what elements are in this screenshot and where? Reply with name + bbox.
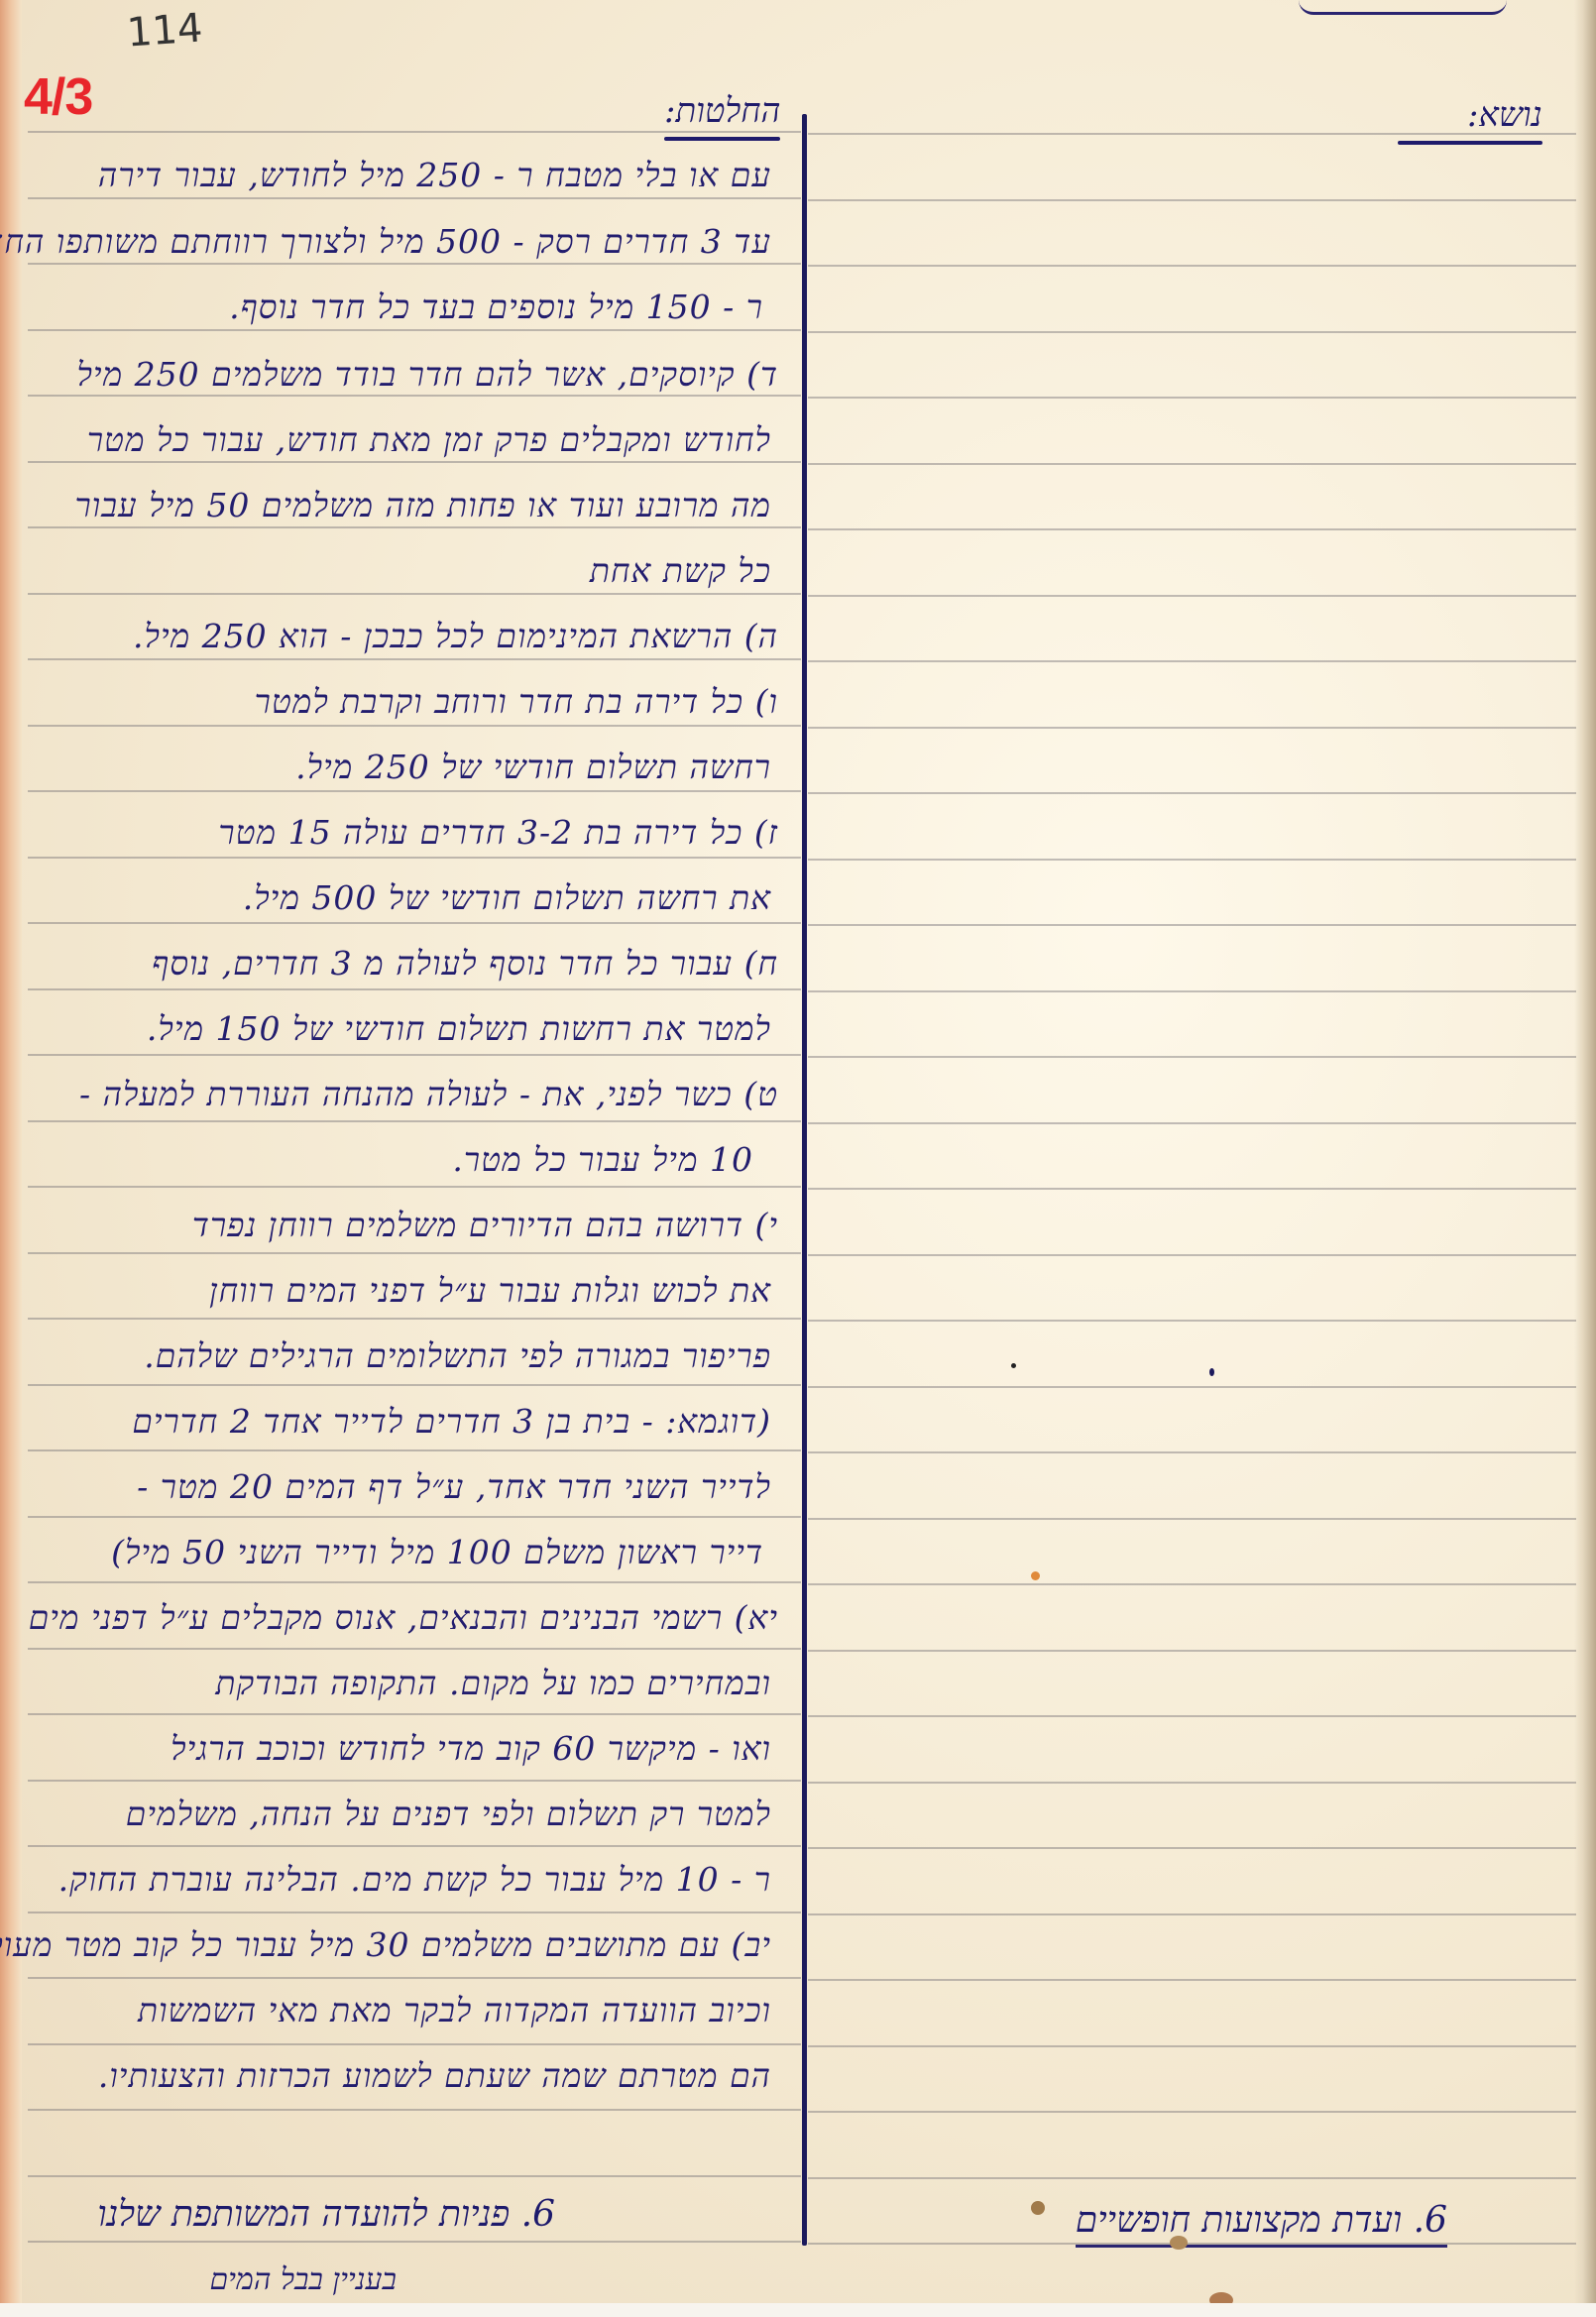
ruled-line [28, 1318, 801, 1320]
ruled-line [28, 1186, 801, 1188]
text-line: ו) כל דירה בת חדר ורוחב וקרבת למטר [255, 682, 778, 722]
ruled-line [808, 133, 1576, 135]
subject-heading-text: נושא: [1467, 95, 1542, 135]
ruled-line [808, 595, 1576, 597]
ruled-line [28, 2109, 801, 2111]
text-line: ואו - מיקשר 60 קוב מדי לחודש וכוכב הרגיל [171, 1729, 771, 1769]
decisions-heading-underline [664, 137, 780, 141]
ruled-line [28, 526, 801, 528]
text-line: יב) עם מתושבים משלמים 30 מיל עבור כל קוב… [0, 1925, 771, 1965]
stain [1031, 1571, 1040, 1580]
ruled-line [808, 463, 1576, 465]
ruled-line [28, 2043, 801, 2045]
ruled-line [28, 1648, 801, 1650]
ruled-line [28, 1054, 801, 1056]
stain [1170, 2236, 1188, 2250]
text-line: את רחשה תשלום חודשי של 500 מיל. [243, 878, 771, 918]
ruled-line [808, 1451, 1576, 1453]
ruled-line [808, 1715, 1576, 1717]
binding-edge [0, 0, 22, 2317]
ruled-line [28, 263, 801, 265]
ruled-line [28, 1713, 801, 1715]
ruled-line [28, 329, 801, 331]
text-line: פריפור במגורה לפי התשלומים הרגילים שלהם. [144, 1336, 771, 1376]
stain [1031, 2201, 1045, 2215]
ruled-line [28, 1252, 801, 1254]
ruled-line [28, 1516, 801, 1518]
text-line: ח) עבור כל חדר נוסף לעולה מ 3 חדרים, נוס… [152, 944, 778, 984]
archive-label: 4/3 [24, 67, 92, 127]
ruled-line [28, 395, 801, 397]
ruled-line [808, 331, 1576, 333]
column-divider [802, 114, 807, 2246]
ruled-line [808, 1386, 1576, 1388]
ruled-line [808, 199, 1576, 201]
text-line: ר - 150 מיל נוספים בעד כל חדר נוסף. [229, 288, 763, 327]
ruled-line [808, 2111, 1576, 2113]
ruled-line [808, 924, 1576, 926]
ruled-line [28, 1845, 801, 1847]
text-line: ה) הרשאת המינימום לכל כבכן - הוא 250 מיל… [133, 617, 778, 656]
ruled-line [808, 990, 1576, 992]
ruled-line [28, 988, 801, 990]
subject-section-6-heading: 6. ועדת מקצועות חופשיים [1076, 2199, 1447, 2248]
text-line: למטר את רחשות תשלום חודשי של 150 מיל. [147, 1009, 771, 1049]
ruled-line [808, 1583, 1576, 1585]
ruled-line [808, 265, 1576, 267]
text-line: עד 3 חדרים רסק - 500 מיל ולצורך רווחתם מ… [0, 222, 771, 262]
subject-heading: נושא: [1467, 95, 1542, 135]
ruled-line [808, 792, 1576, 794]
ruled-line [28, 1780, 801, 1782]
ruled-line [28, 461, 801, 463]
ruled-line [808, 1122, 1576, 1124]
ruled-line [808, 727, 1576, 729]
text-line: למטר רק תשלום ולפי דפנים על הנחה, משלמים [126, 1795, 771, 1834]
text-line: ז) כל דירה בת 3-2 חדרים עולה 15 מטר [218, 813, 778, 853]
ruled-line [28, 790, 801, 792]
ruled-line [808, 1782, 1576, 1784]
ruled-line [808, 1518, 1576, 1520]
ruled-line [28, 2175, 801, 2177]
text-line: ובמחירים כמו על מקום. התקופה הבודקת [215, 1664, 771, 1703]
ruled-line [28, 1449, 801, 1451]
text-line: הם מטרתם שמה שעתם לשמוע הכרזות והצעותיו. [98, 2056, 771, 2096]
ruled-line [808, 1847, 1576, 1849]
ruled-line [28, 1120, 801, 1122]
ruled-line [808, 528, 1576, 530]
ruled-line [28, 593, 801, 595]
ruled-line [28, 197, 801, 199]
ruled-line [808, 1650, 1576, 1652]
ruled-line [28, 857, 801, 859]
ledger-page: 114 4/3 נושא: החלטות: עם או בלי מטבח ר -… [0, 0, 1596, 2317]
text-line: את לכוש וגלות עבור ע״ל דפני המים רווחן [209, 1271, 771, 1311]
ink-speck [1011, 1363, 1016, 1368]
ruled-line [808, 397, 1576, 399]
decisions-heading-text: החלטות: [664, 91, 780, 131]
page-edge-shadow [1574, 0, 1596, 2317]
ruled-line [808, 1320, 1576, 1322]
ruled-line [28, 131, 801, 133]
ruled-line [808, 859, 1576, 861]
ruled-line [808, 1913, 1576, 1915]
text-line: ד) קיוסקים, אשר להם חדר בודד משלמים 250 … [77, 355, 779, 395]
text-line: (דוגמא: - בית בן 3 חדרים לדייר אחד 2 חדר… [132, 1402, 771, 1442]
ruled-line [808, 660, 1576, 662]
decisions-section-6-heading: 6. פניות להועדה המשותפת שלנו [97, 2193, 555, 2235]
text-line: רחשה תשלום חודשי של 250 מיל. [295, 748, 771, 787]
subject-heading-underline [1398, 141, 1542, 145]
ruled-line [808, 1188, 1576, 1190]
ruled-line [28, 725, 801, 727]
top-ink-mark [1299, 0, 1507, 15]
ruled-line [808, 2045, 1576, 2047]
ruled-line [28, 922, 801, 924]
text-line: ר - 10 מיל עבור כל קשת מים. הבלינה עוברת… [58, 1860, 771, 1900]
ruled-line [28, 1977, 801, 1979]
text-line: דייר ראשון משלם 100 מיל ודייר השני 50 מי… [111, 1533, 763, 1572]
text-line: עם או בלי מטבח ר - 250 מיל לחודש, עבור ד… [98, 156, 771, 195]
ruled-line [28, 1581, 801, 1583]
text-line: כל קשת אחת [590, 551, 771, 591]
text-line: 10 מיל עבור כל מטר. [452, 1140, 753, 1180]
text-line: וכיוב הוועדה המקדוה לבקר מאת מאי השמשות [138, 1991, 771, 2030]
ruled-line [28, 1384, 801, 1386]
text-line: ט) כשר לפני, את - לעולה מהנחה העוררת למע… [79, 1075, 778, 1114]
ruled-line [28, 2241, 801, 2243]
ruled-line [808, 1056, 1576, 1058]
page-number: 114 [125, 5, 203, 56]
ruled-line [28, 658, 801, 660]
text-line: לחודש ומקבלים פרק זמן מאת חודש, עבור כל … [87, 420, 771, 460]
decisions-heading: החלטות: [664, 91, 780, 131]
decisions-section-6-continuation: בעניין בבל המים [209, 2262, 397, 2297]
scan-bottom-margin [0, 2303, 1596, 2317]
ink-speck [1209, 1368, 1214, 1376]
text-line: מה מרובע ועוד או פחות מזה משלמים 50 מיל … [75, 486, 772, 525]
ruled-line [808, 1979, 1576, 1981]
text-line: י) דרושה בהם הדיורים משלמים רווחן נפרד [192, 1206, 778, 1245]
text-line: לדייר השני חדר אחד, ע״ל דף המים 20 מטר - [137, 1467, 771, 1507]
ruled-line [808, 2177, 1576, 2179]
text-line: יא) רשמי הבנינים והבנאים, אנוס מקבלים ע״… [29, 1598, 778, 1638]
ruled-line [28, 1912, 801, 1913]
ruled-line [808, 1254, 1576, 1256]
